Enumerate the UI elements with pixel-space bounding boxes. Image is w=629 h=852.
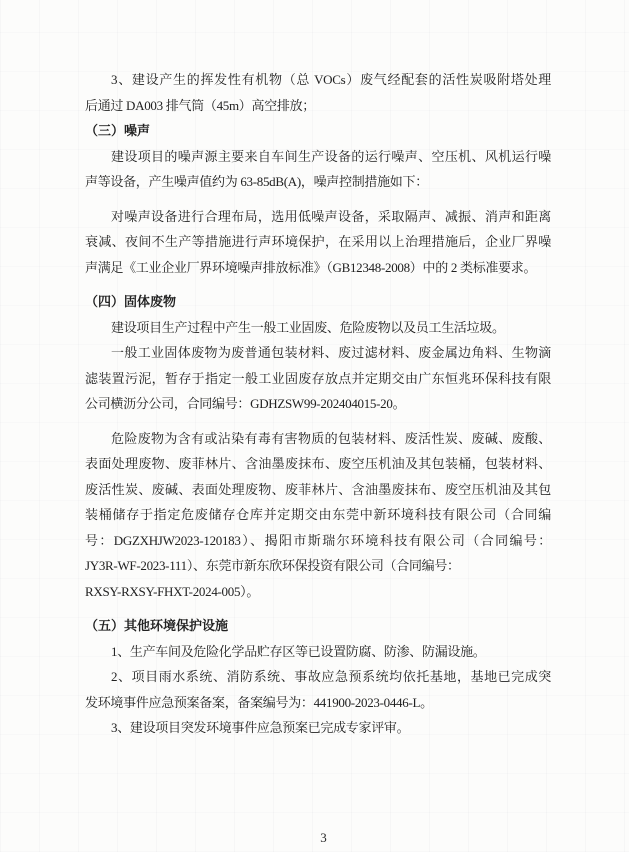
- text-line: 声等设备，产生噪声值约为 63-85dB(A)，噪声控制措施如下：: [85, 169, 551, 195]
- text-line: 公司横沥分公司，合同编号：GDHZSW99-202404015-20。: [85, 391, 551, 417]
- text-line: 号：DGZXHJW2023-120183）、揭阳市斯瑞尔环境科技有限公司（合同编…: [85, 528, 551, 554]
- document-page: 3、建设产生的挥发性有机物（总 VOCs）废气经配套的活性炭吸附塔处理后通过 D…: [0, 0, 629, 852]
- page-footer: 3: [0, 830, 629, 846]
- text-line: 对噪声设备进行合理布局，选用低噪声设备，采取隔声、减振、消声和距离: [85, 204, 551, 230]
- text-line: 滤装置污泥，暂存于指定一般工业固废存放点并定期交由广东恒兆环保科技有限: [85, 366, 551, 392]
- text-line: 3、建设项目突发环境事件应急预案已完成专家评审。: [85, 715, 551, 741]
- text-line: 1、生产车间及危险化学品贮存区等已设置防腐、防渗、防漏设施。: [85, 639, 551, 665]
- text-line: JY3R-WF-2023-111）、东莞市新东欣环保投资有限公司（合同编号：: [85, 553, 551, 579]
- text-line: 发环境事件应急预案备案，备案编号为：441900-2023-0446-L。: [85, 690, 551, 716]
- blank-line: [85, 417, 551, 426]
- text-line: 3、建设产生的挥发性有机物（总 VOCs）废气经配套的活性炭吸附塔处理: [85, 67, 551, 93]
- document-content: 3、建设产生的挥发性有机物（总 VOCs）废气经配套的活性炭吸附塔处理后通过 D…: [85, 67, 551, 741]
- section-heading: （五）其他环境保护设施: [85, 613, 551, 639]
- text-line: 建设项目生产过程中产生一般工业固废、危险废物以及员工生活垃圾。: [85, 315, 551, 341]
- text-line: 表面处理废物、废菲林片、含油墨废抹布、废空压机油及其包装桶，包装材料、: [85, 451, 551, 477]
- text-line: 声满足《工业企业厂界环境噪声排放标准》（GB12348-2008）中的 2 类标…: [85, 255, 551, 281]
- text-line: 2、项目雨水系统、消防系统、事故应急预系统均依托基地，基地已完成突: [85, 664, 551, 690]
- section-heading: （四）固体废物: [85, 289, 551, 315]
- text-line: 建设项目的噪声源主要来自车间生产设备的运行噪声、空压机、风机运行噪: [85, 144, 551, 170]
- text-line: 废活性炭、废碱、表面处理废物、废菲林片、含油墨废抹布、废空压机油及其包: [85, 477, 551, 503]
- text-line: 一般工业固体废物为废普通包装材料、废过滤材料、废金属边角料、生物滴: [85, 340, 551, 366]
- text-line: 危险废物为含有或沾染有毒有害物质的包装材料、废活性炭、废碱、废酸、: [85, 426, 551, 452]
- blank-line: [85, 604, 551, 613]
- text-line: 装桶储存于指定危废储存仓库并定期交由东莞中新环境科技有限公司（合同编: [85, 502, 551, 528]
- blank-line: [85, 195, 551, 204]
- page-number: 3: [320, 830, 327, 845]
- text-line: RXSY-RXSY-FHXT-2024-005）。: [85, 579, 551, 605]
- text-line: 后通过 DA003 排气筒（45m）高空排放；: [85, 93, 551, 119]
- text-line: 衰减、夜间不生产等措施进行声环境保护，在采用以上治理措施后，企业厂界噪: [85, 229, 551, 255]
- section-heading: （三）噪声: [85, 118, 551, 144]
- blank-line: [85, 280, 551, 289]
